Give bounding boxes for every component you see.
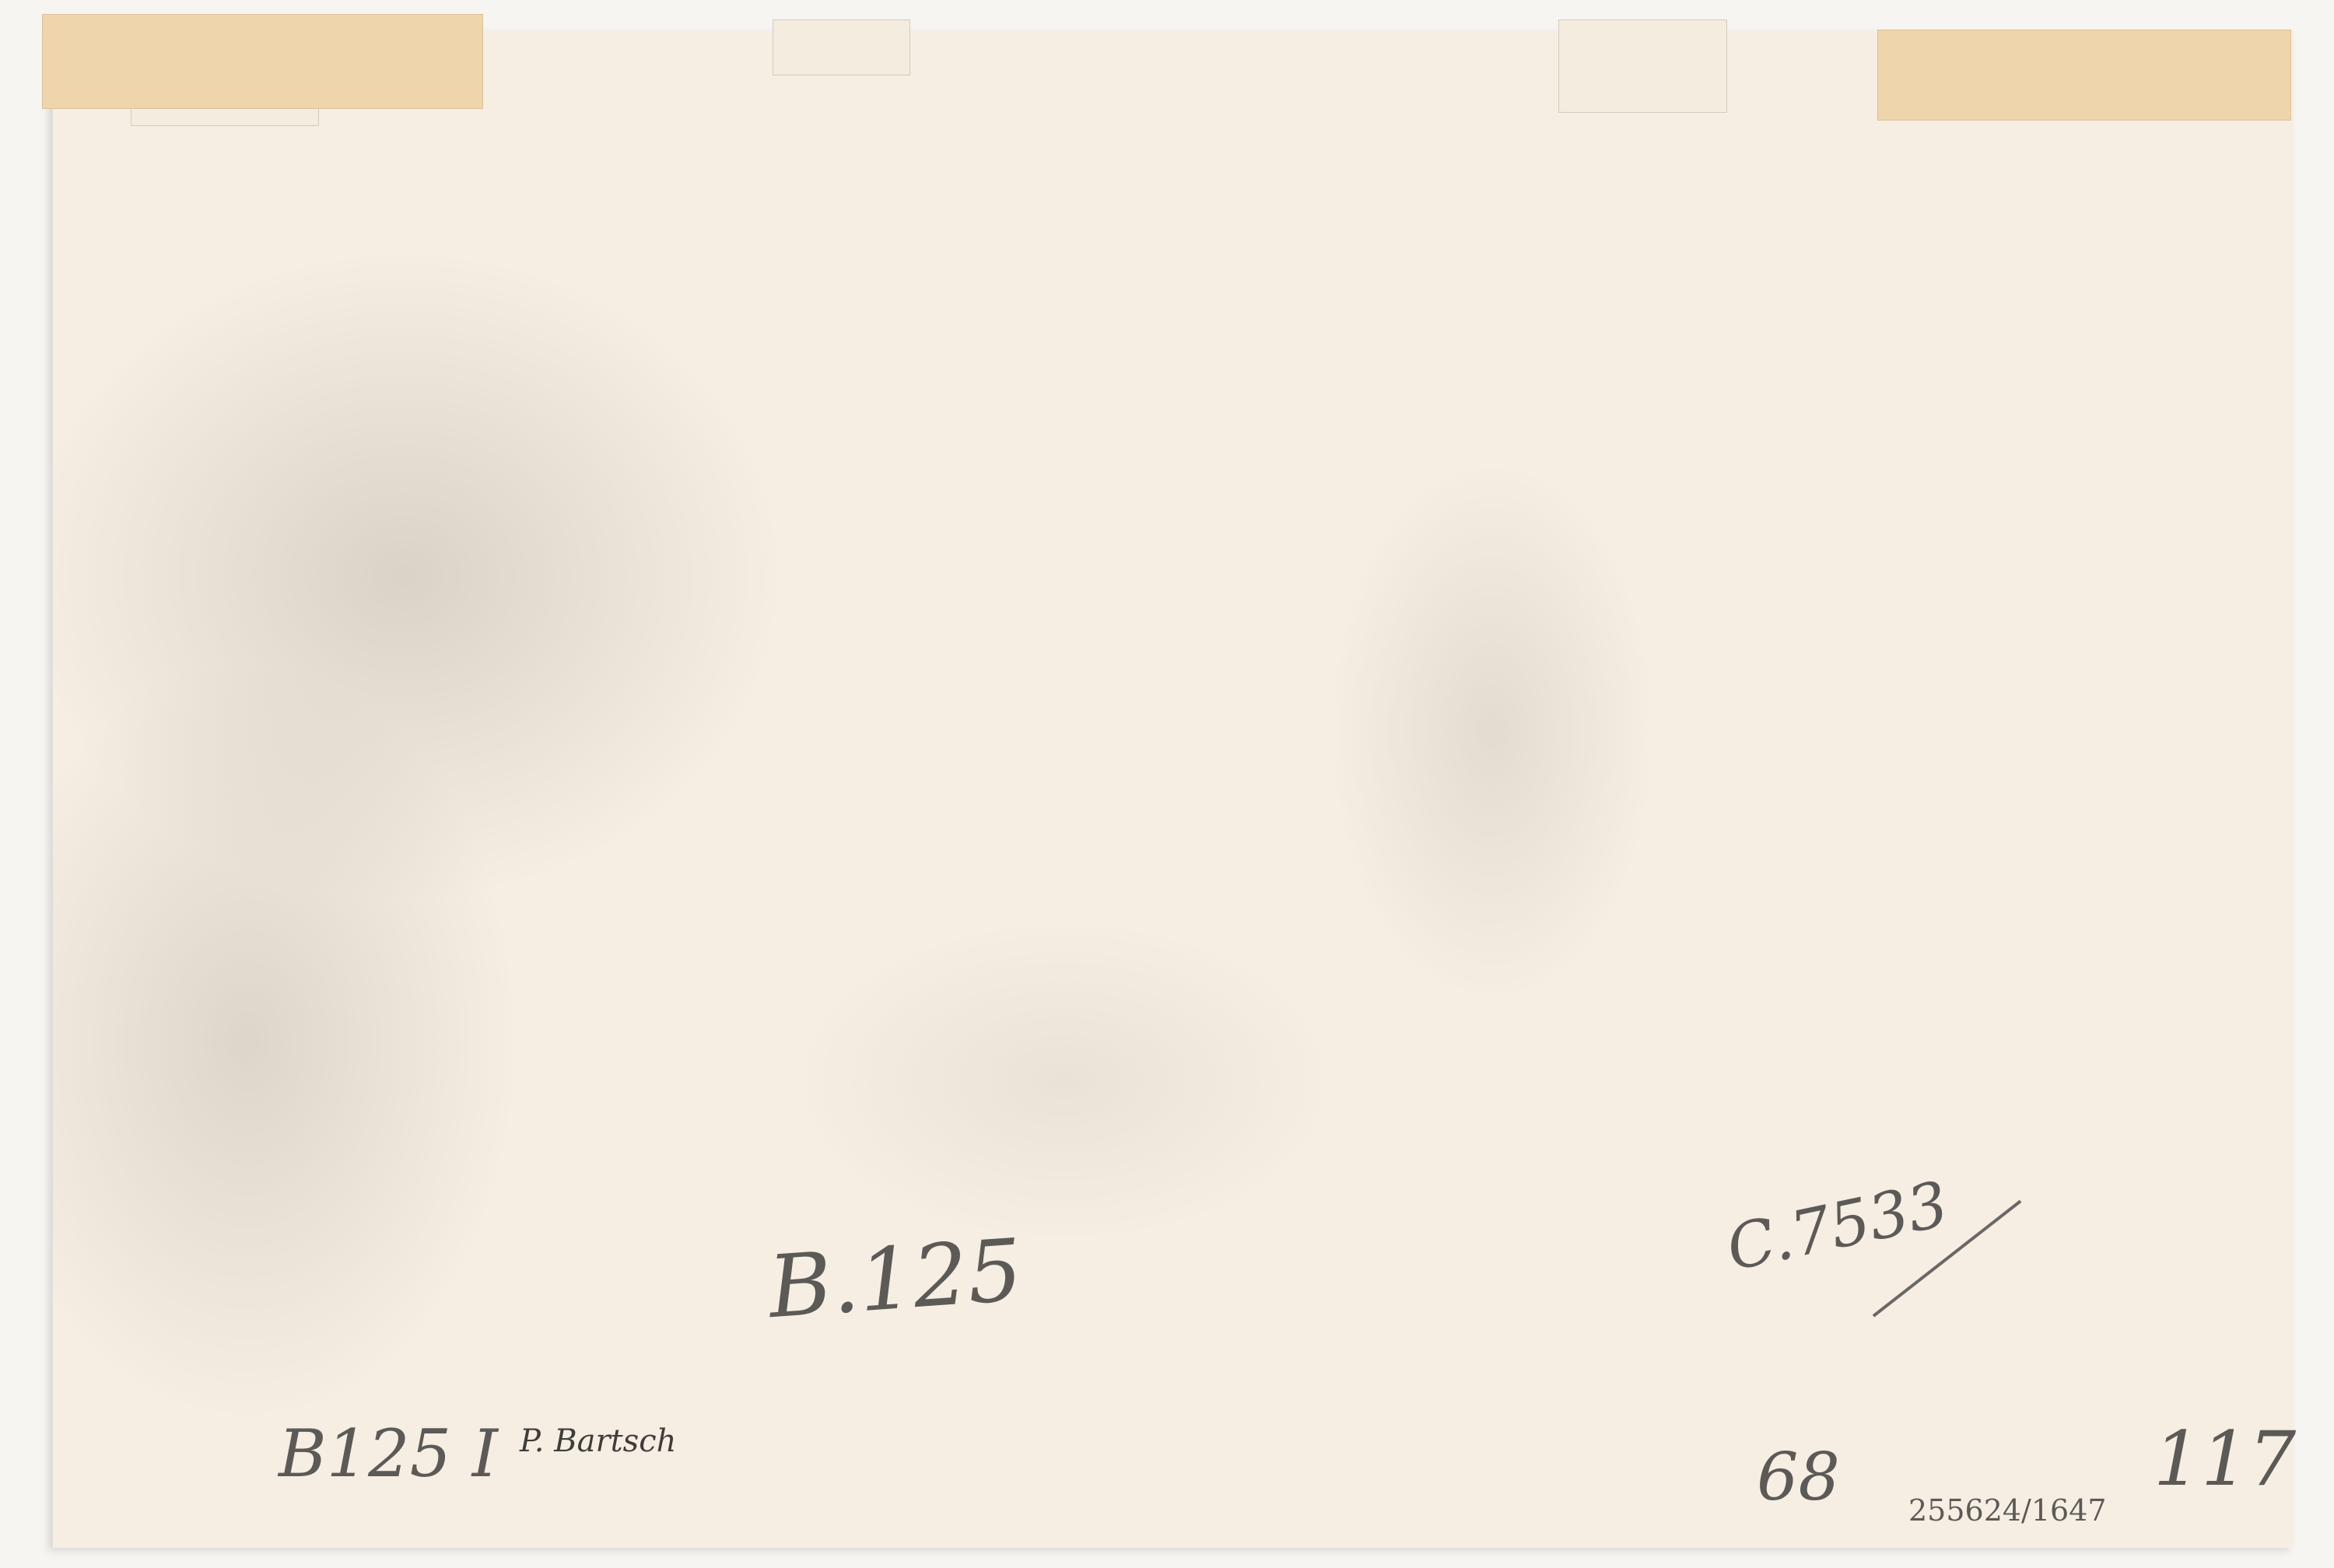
bottom-number-117: 117 [2154, 1416, 2296, 1503]
inventory-number: 255624/1647 [1908, 1493, 2107, 1528]
bottom-left-script: P. Bartsch [520, 1423, 676, 1459]
mounting-hinge-right [1558, 19, 1727, 113]
catalog-number-center: B.125 [766, 1220, 1025, 1337]
catalog-number-right: C.7533 [1720, 1167, 1954, 1285]
mounting-hinge-center [773, 19, 910, 75]
bottom-left-code: B125 I [279, 1416, 498, 1492]
paper-sheet: B.125 C.7533 B125 I P. Bartsch 68 117 25… [53, 31, 2294, 1548]
tape-left [42, 14, 483, 109]
tape-right [1877, 30, 2291, 121]
bottom-number-68: 68 [1757, 1439, 1840, 1515]
